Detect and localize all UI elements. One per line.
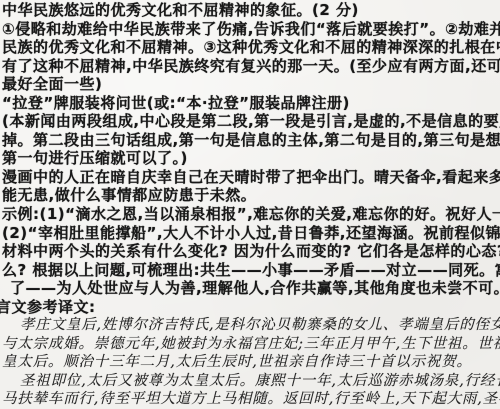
text-line: 马扶辇车而行,待至平坦大道方上马相随。返回时,行至岭上,天下起大雨,圣祖仍下马扶… — [2, 390, 500, 409]
scanned-document-page: 中华民族悠远的优秀文化和不屈精神的象征。(2 分) ①侵略和劫难给中华民族带来了… — [0, 0, 500, 409]
text-line: 有了这种不屈精神,中华民族终究有复兴的那一天。(至少应有两方面,还可有其它的启示… — [2, 57, 500, 76]
text-line: 中华民族悠远的优秀文化和不屈精神的象征。(2 分) — [2, 1, 500, 20]
text-line: 民族的优秀文化和不屈精神。③这种优秀文化和不屈的精神深深的扎根在中华大地上。中 — [2, 38, 500, 57]
text-line: ①侵略和劫难给中华民族带来了伤痛,告诉我们“落后就要挨打”。②劫难并不能毁灭中华 — [2, 20, 500, 39]
text-line: 与太宗成婚。崇德元年,她被封为永福宫庄妃;三年正月甲午,生下世祖。世祖即位,又被… — [2, 335, 500, 354]
text-line: (2)“宰相肚里能撑船”,大人不计小人过,昔日鲁莽,还望海涵。祝前程似锦! — [2, 224, 500, 243]
text-line: 了——为人处世应与人为善,理解他人,合作共赢等,其他角度也未尝不可。 — [2, 279, 500, 298]
text-line: 漫画中的人正在暗自庆幸自己在天晴时带了把伞出门。晴天备伞,看起来多余,其实有备才 — [2, 168, 500, 187]
text-line: 示例:(1)“滴水之恩,当以涌泉相报”,难忘你的关爱,难忘你的好。祝好人一生平安… — [2, 205, 500, 224]
text-line: 最好全面一些) — [2, 75, 500, 94]
text-line: 圣祖即位,太后又被尊为太皇太后。康熙十一年,太后巡游赤城汤泉,行经长安岭时,圣祖 — [2, 372, 500, 391]
text-line: 么? 根据以上问题,可梳理出:共生——小事——矛盾——对立——同死。寓意即可出 — [2, 261, 500, 280]
text-line: 孝庄文皇后,姓博尔济吉特氏,是科尔沁贝勒寨桑的女儿、孝端皇后的侄女。天命十年, — [2, 316, 500, 335]
text-line: 材料中两个头的关系有什么变化? 因为什么而变的? 它们各是怎样的心态? 其结果是… — [2, 242, 500, 261]
text-line: 第一句进行压缩就可以了。) — [2, 149, 500, 168]
text-line: 皇太后。顺治十三年二月,太后生辰时,世祖亲自作诗三十首以示祝贺。 — [2, 353, 500, 372]
text-line: 掉。第二段由三句话组成,第一句是信息的主体,第二句是目的,第三句是想法。所以,抓… — [2, 131, 500, 150]
text-line: “拉登”牌服装将问世(或:“本·拉登”服装品牌注册) — [2, 94, 500, 113]
section-heading-translation: 言文参考译文: — [0, 298, 500, 317]
text-line: (本新闻由两段组成,中心段是第二段,第一段是引言,是虚的,不是信息的要点,可直接… — [2, 112, 500, 131]
text-line: 能无患,做什么事情都应防患于未然。 — [2, 186, 500, 205]
